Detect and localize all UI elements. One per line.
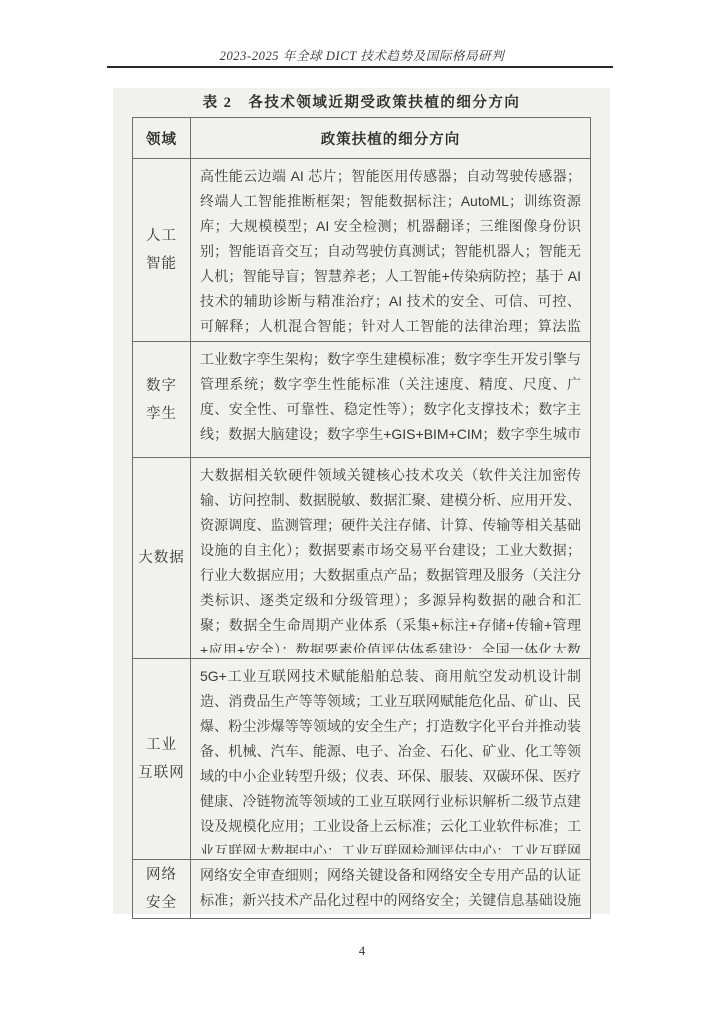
field-cell-industrial-internet: 工业 互联网 xyxy=(133,659,191,860)
header-divider xyxy=(107,66,613,68)
field-cell-ai: 人工 智能 xyxy=(133,159,191,342)
page-number: 4 xyxy=(0,944,724,959)
directions-cell-digital-twin: 工业数字孪生架构；数字孪生建模标准；数字孪生开发引擎与管理系统；数字孪生性能标准… xyxy=(191,342,591,458)
directions-text-industrial-internet: 5G+工业互联网技术赋能船舶总装、商用航空发动机设计制造、消费品生产等等领域；工… xyxy=(200,664,581,854)
directions-text-network-security: 网络安全审查细则；网络关键设备和网络安全专用产品的认证标准；新兴技术产品化过程中… xyxy=(200,863,581,913)
directions-cell-industrial-internet: 5G+工业互联网技术赋能船舶总装、商用航空发动机设计制造、消费品生产等等领域；工… xyxy=(191,659,591,860)
table-highlight-block: 表 2 各技术领域近期受政策扶植的细分方向 领域 政策扶植的细分方向 人工 智能… xyxy=(113,88,610,914)
table-header-row: 领域 政策扶植的细分方向 xyxy=(133,118,591,159)
table-caption: 表 2 各技术领域近期受政策扶植的细分方向 xyxy=(113,93,610,113)
directions-cell-network-security: 网络安全审查细则；网络关键设备和网络安全专用产品的认证标准；新兴技术产品化过程中… xyxy=(191,860,591,919)
table-row-network-security: 网络 安全 网络安全审查细则；网络关键设备和网络安全专用产品的认证标准；新兴技术… xyxy=(133,860,591,919)
directions-text-big-data: 大数据相关软硬件领域关键核心技术攻关（软件关注加密传输、访问控制、数据脱敏、数据… xyxy=(200,463,581,653)
table-row-ai: 人工 智能 高性能云边端 AI 芯片；智能医用传感器；自动驾驶传感器；终端人工智… xyxy=(133,159,591,342)
running-head: 2023-2025 年全球 DICT 技术趋势及国际格局研判 xyxy=(0,46,724,64)
table-row-digital-twin: 数字 孪生 工业数字孪生架构；数字孪生建模标准；数字孪生开发引擎与管理系统；数字… xyxy=(133,342,591,458)
field-cell-digital-twin: 数字 孪生 xyxy=(133,342,191,458)
directions-cell-ai: 高性能云边端 AI 芯片；智能医用传感器；自动驾驶传感器；终端人工智能推断框架；… xyxy=(191,159,591,342)
table-row-big-data: 大数据 大数据相关软硬件领域关键核心技术攻关（软件关注加密传输、访问控制、数据脱… xyxy=(133,458,591,659)
field-cell-network-security: 网络 安全 xyxy=(133,860,191,919)
col-header-directions: 政策扶植的细分方向 xyxy=(191,118,591,159)
directions-text-digital-twin: 工业数字孪生架构；数字孪生建模标准；数字孪生开发引擎与管理系统；数字孪生性能标准… xyxy=(200,347,581,452)
directions-cell-big-data: 大数据相关软硬件领域关键核心技术攻关（软件关注加密传输、访问控制、数据脱敏、数据… xyxy=(191,458,591,659)
policy-support-table: 领域 政策扶植的细分方向 人工 智能 高性能云边端 AI 芯片；智能医用传感器；… xyxy=(132,117,591,919)
col-header-field: 领域 xyxy=(133,118,191,159)
directions-text-ai: 高性能云边端 AI 芯片；智能医用传感器；自动驾驶传感器；终端人工智能推断框架；… xyxy=(200,164,581,336)
table-row-industrial-internet: 工业 互联网 5G+工业互联网技术赋能船舶总装、商用航空发动机设计制造、消费品生… xyxy=(133,659,591,860)
field-cell-big-data: 大数据 xyxy=(133,458,191,659)
